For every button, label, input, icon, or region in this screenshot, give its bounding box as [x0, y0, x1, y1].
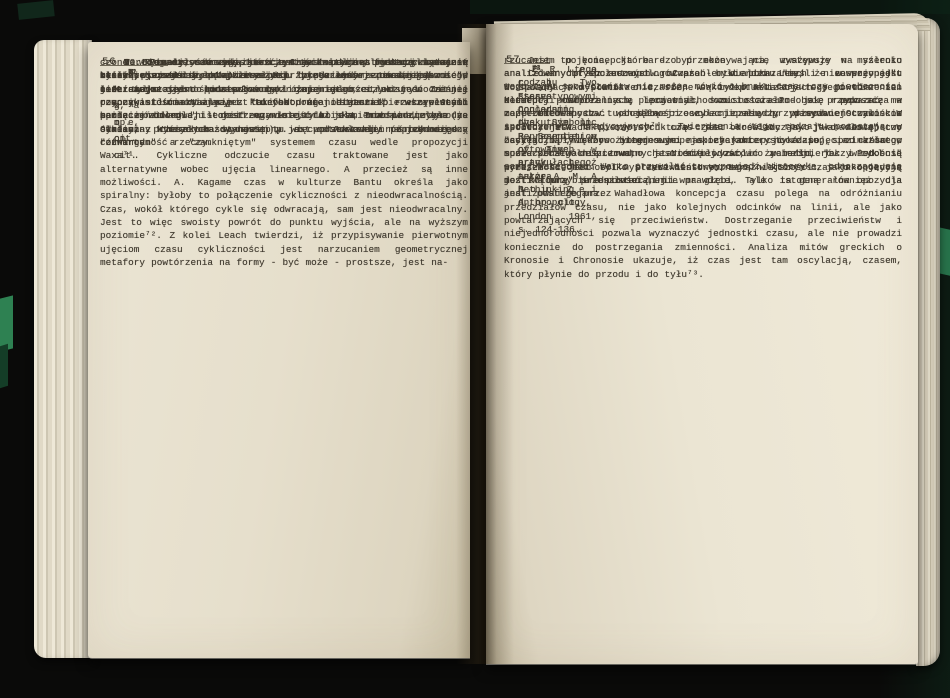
scanner-background-tint — [470, 0, 950, 14]
footnote-text: A. K a g a m e, op. cit. — [114, 65, 139, 164]
page-stack-edge-left — [34, 40, 92, 658]
footnote-text: Z tego rodzaju stereotypowymi poglądami … — [518, 63, 597, 210]
scanned-book-spread: 56 czone w innej rzeczywistości. Czas mi… — [0, 0, 950, 698]
page-stack-edge-right — [916, 18, 940, 666]
book-cover-edge-left — [0, 344, 8, 389]
paragraph: Warto zatrzymać się jeszcze na kwestii s… — [100, 56, 468, 270]
book-cover-corner — [17, 0, 54, 20]
